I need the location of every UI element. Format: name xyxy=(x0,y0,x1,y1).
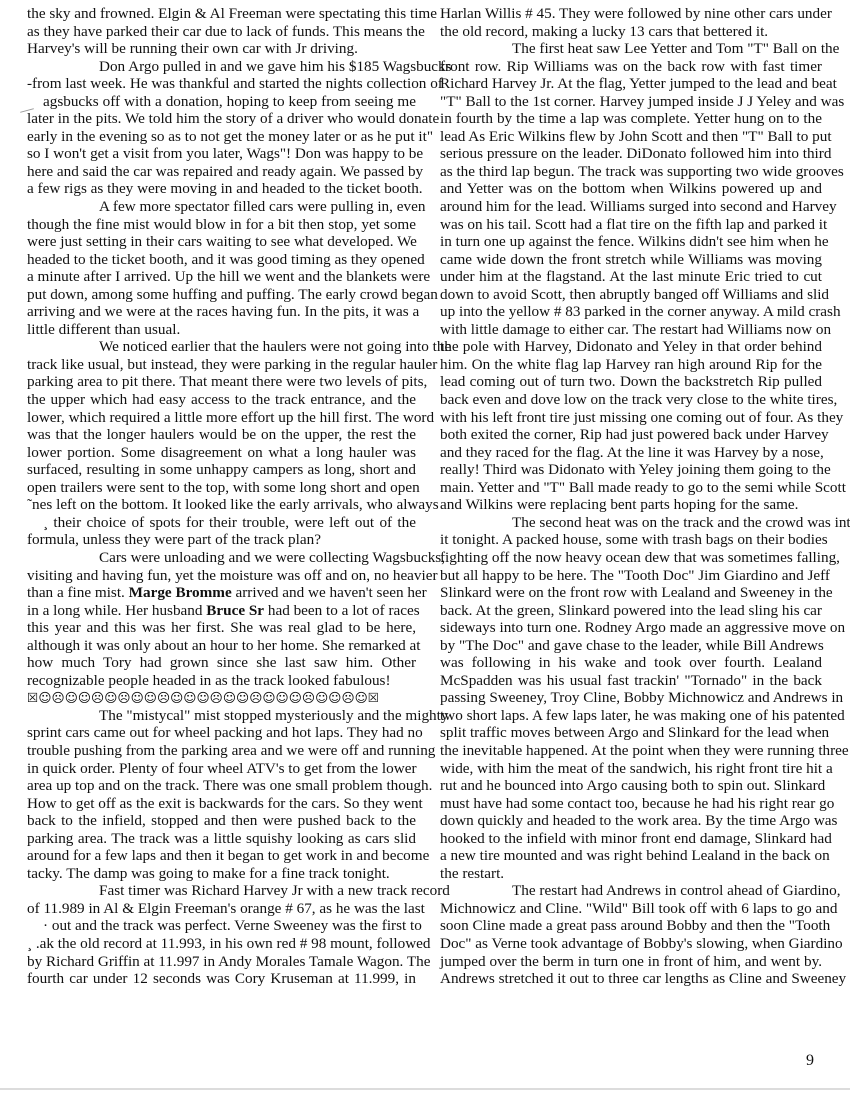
text-line: were just setting in their cars waiting … xyxy=(27,233,416,251)
text-span: than a fine mist. xyxy=(27,584,129,601)
text-line: · out and the track was perfect. Verne S… xyxy=(27,917,416,935)
paragraph-first-line: Fast timer was Richard Harvey Jr with a … xyxy=(27,882,416,900)
text-line: split traffic moves between Argo and Sli… xyxy=(440,724,822,742)
text-line: really! Third was Didonato with Yeley jo… xyxy=(440,461,822,479)
text-line: Richard Harvey Jr. At the flag, Yetter j… xyxy=(440,75,822,93)
text-line: fourth car under 12 seconds was Cory Kru… xyxy=(27,970,416,988)
text-line: with his left front tire just missing on… xyxy=(440,409,822,427)
text-line: arriving and we were at the races having… xyxy=(27,303,416,321)
text-span: arrived and we haven't seen her xyxy=(232,584,427,601)
text-line: open trailers were sent to the top, with… xyxy=(27,479,416,497)
text-line: back. At the green, Slinkard powered int… xyxy=(440,602,822,620)
text-line: in a long while. Her husband Bruce Sr ha… xyxy=(27,602,416,620)
text-line: with little damage to either car. The re… xyxy=(440,321,822,339)
text-line: here and said the car was repaired and r… xyxy=(27,163,416,181)
text-line: serious pressure on the leader. DiDonato… xyxy=(440,145,822,163)
text-line: although it was only about an hour to he… xyxy=(27,637,416,655)
text-line: Harvey's will be running their own car w… xyxy=(27,40,416,58)
paragraph-first-line: The restart had Andrews in control ahead… xyxy=(440,882,822,900)
text-line: passing Sweeney, Troy Cline, Bobby Michn… xyxy=(440,689,822,707)
text-line: came wide down the front stretch while W… xyxy=(440,251,822,269)
paragraph-first-line: We noticed earlier that the haulers were… xyxy=(27,338,416,356)
text-line: Harlan Willis # 45. They were followed b… xyxy=(440,5,822,23)
text-line: fighting off the now heavy ocean dew tha… xyxy=(440,549,822,567)
text-line: Andrews stretched it out to three car le… xyxy=(440,970,822,988)
text-line: surfaced, resulting in some unhappy camp… xyxy=(27,461,416,479)
paragraph-first-line: Don Argo pulled in and we gave him his $… xyxy=(27,58,416,76)
text-line: around for a few laps and then it began … xyxy=(27,847,416,865)
text-line: trouble pushing from the parking area an… xyxy=(27,742,416,760)
text-line: it tonight. A packed house, some with tr… xyxy=(440,531,822,549)
paragraph-first-line: A few more spectator filled cars were pu… xyxy=(27,198,416,216)
text-line: both exited the corner, Rip had just pow… xyxy=(440,426,822,444)
text-line: jumped over the berm in turn one in fron… xyxy=(440,953,822,971)
text-line: and Yetter was on the bottom when Wilkin… xyxy=(440,180,822,198)
text-line: sideways into turn one. Rodney Argo made… xyxy=(440,619,822,637)
text-line: put down, among some huffing and puffing… xyxy=(27,286,416,304)
text-line: the restart. xyxy=(440,865,822,883)
text-line: ¸ .ak the old record at 11.993, in his o… xyxy=(27,935,416,953)
text-line: a new tire mounted and was right behind … xyxy=(440,847,822,865)
right-column: Harlan Willis # 45. They were followed b… xyxy=(440,5,822,988)
bold-name: Bruce Sr xyxy=(206,602,264,619)
text-line: parking area to pit there. That meant th… xyxy=(27,373,416,391)
text-line: wide, with him the meat of the sandwich,… xyxy=(440,760,822,778)
text-line: up into the yellow # 83 parked in the co… xyxy=(440,303,822,321)
text-line: must have had some contact too, because … xyxy=(440,795,822,813)
emoticon-divider: ☒☺☹☺☺☹☺☹☺☺☹☺☺☺☹☺☺☹☺☺☺☹☺☺☹☺☒ xyxy=(27,689,416,707)
text-line: the pole with Harvey, Didonato and Yeley… xyxy=(440,338,822,356)
text-line: formula, unless they were part of the tr… xyxy=(27,531,416,549)
page-number: 9 xyxy=(806,1052,814,1070)
text-line: lower portion. Some disagreement on what… xyxy=(27,444,416,462)
text-line: back even and dove low on the track very… xyxy=(440,391,822,409)
text-line: main. Yetter and "T" Ball made ready to … xyxy=(440,479,822,497)
text-line: headed to the ticket booth, and it was g… xyxy=(27,251,416,269)
text-line: sprint cars came out for wheel packing a… xyxy=(27,724,416,742)
text-span: had been to a lot of races xyxy=(264,602,420,619)
newsletter-page: the sky and frowned. Elgin & Al Freeman … xyxy=(0,0,850,1100)
text-line: area up top and on the track. There was … xyxy=(27,777,416,795)
text-line: but all happy to be here. The "Tooth Doc… xyxy=(440,567,822,585)
text-line: the sky and frowned. Elgin & Al Freeman … xyxy=(27,5,416,23)
text-line: front row. Rip Williams was on the back … xyxy=(440,58,822,76)
text-span: in a long while. Her husband xyxy=(27,602,206,619)
text-line: ˜nes left on the bottom. It looked like … xyxy=(27,496,416,514)
bottom-rule xyxy=(0,1088,850,1090)
text-line: parking area. The track was a little squ… xyxy=(27,830,416,848)
text-line: under him at the flagstand. At the last … xyxy=(440,268,822,286)
text-line: "T" Ball to the 1st corner. Harvey jumpe… xyxy=(440,93,822,111)
text-line: agsbucks off with a donation, hoping to … xyxy=(27,93,416,111)
text-line: of 11.989 in Al & Elgin Freeman's orange… xyxy=(27,900,416,918)
text-line: was following in his wake and took over … xyxy=(440,654,822,672)
text-line: lower, which required a little more effo… xyxy=(27,409,416,427)
text-line: in quick order. Plenty of four wheel ATV… xyxy=(27,760,416,778)
text-line: around him for the lead. Williams surged… xyxy=(440,198,822,216)
text-line: soon Cline made a great pass around Bobb… xyxy=(440,917,822,935)
text-line: How to get off as the exit is backwards … xyxy=(27,795,416,813)
left-column: the sky and frowned. Elgin & Al Freeman … xyxy=(27,5,416,988)
text-line: rut and he bounced into Argo causing bot… xyxy=(440,777,822,795)
text-line: Slinkard were on the front row with Leal… xyxy=(440,584,822,602)
text-line: Michnowicz and Cline. "Wild" Bill took o… xyxy=(440,900,822,918)
text-line: recognizable people headed in as the tra… xyxy=(27,672,416,690)
text-line: visiting and having fun, yet the moistur… xyxy=(27,567,416,585)
text-line: McSpadden was his usual fast trackin' "T… xyxy=(440,672,822,690)
text-line: little different than usual. xyxy=(27,321,416,339)
text-line: than a fine mist. Marge Bromme arrived a… xyxy=(27,584,416,602)
text-line: was that the longer haulers would be on … xyxy=(27,426,416,444)
text-line: a few rigs as they were moving in and he… xyxy=(27,180,416,198)
text-line: back to the infield, stopped and then we… xyxy=(27,812,416,830)
text-line: lead As Eric Wilkins flew by John Scott … xyxy=(440,128,822,146)
text-line: was on his tail. Scott had a flat tire o… xyxy=(440,216,822,234)
text-line: and they raced for the flag. At the line… xyxy=(440,444,822,462)
text-line: as the third lap begun. The track was su… xyxy=(440,163,822,181)
paragraph-first-line: Cars were unloading and we were collecti… xyxy=(27,549,416,567)
text-line: down to avoid Scott, then abruptly bange… xyxy=(440,286,822,304)
text-line: ‐from last week. He was thankful and sta… xyxy=(27,75,416,93)
paragraph-first-line: The "mistycal" mist stopped mysteriously… xyxy=(27,707,416,725)
text-line: this year and this was her first. She wa… xyxy=(27,619,416,637)
text-line: so I won't get a visit from you later, W… xyxy=(27,145,416,163)
text-line: by "The Doc" and gave chase to the leade… xyxy=(440,637,822,655)
text-line: as they have parked their car due to lac… xyxy=(27,23,416,41)
text-line: though the fine mist would blow in for a… xyxy=(27,216,416,234)
text-line: in fourth by the time a lap was complete… xyxy=(440,110,822,128)
text-line: by Richard Griffin at 11.997 in Andy Mor… xyxy=(27,953,416,971)
paragraph-first-line: The first heat saw Lee Yetter and Tom "T… xyxy=(440,40,822,58)
text-line: and Wilkins were replacing bent parts ho… xyxy=(440,496,822,514)
text-line: track like usual, but instead, they were… xyxy=(27,356,416,374)
text-line: in turn one up against the fence. Wilkin… xyxy=(440,233,822,251)
text-line: early in the evening so as to not get th… xyxy=(27,128,416,146)
text-line: ¸ their choice of spots for their troubl… xyxy=(27,514,416,532)
text-line: the inevitable happened. At the point wh… xyxy=(440,742,822,760)
text-line: the upper which had easy access to the t… xyxy=(27,391,416,409)
text-line: later in the pits. We told him the story… xyxy=(27,110,416,128)
text-line: two short laps. A few laps later, he was… xyxy=(440,707,822,725)
text-line: a minute after I arrived. Up the hill we… xyxy=(27,268,416,286)
text-line: lead coming out of turn two. Down the ba… xyxy=(440,373,822,391)
text-line: how much Tory had grown since she last s… xyxy=(27,654,416,672)
text-line: down quickly and headed to the work area… xyxy=(440,812,822,830)
text-line: Doc" as Verne took advantage of Bobby's … xyxy=(440,935,822,953)
bold-name: Marge Bromme xyxy=(129,584,232,601)
paragraph-first-line: The second heat was on the track and the… xyxy=(440,514,822,532)
text-line: tacky. The damp was going to make for a … xyxy=(27,865,416,883)
text-line: him. On the white flag lap Harvey ran hi… xyxy=(440,356,822,374)
text-line: the old record, making a lucky 13 cars t… xyxy=(440,23,822,41)
text-line: hooked to the infield with minor front e… xyxy=(440,830,822,848)
